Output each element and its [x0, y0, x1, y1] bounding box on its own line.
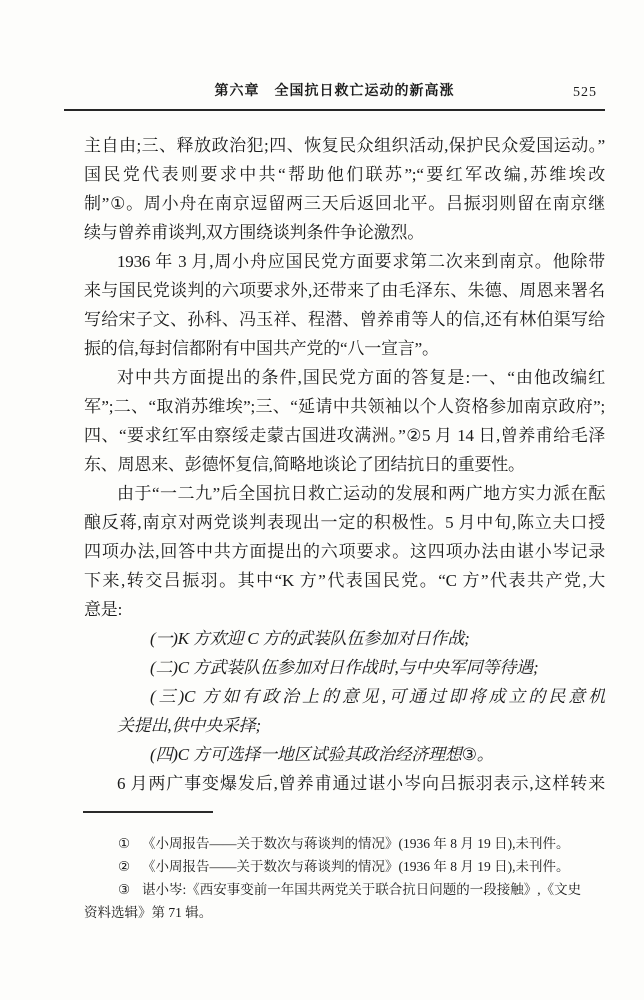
body-line: 6 月两广事变爆发后,曾养甫通过谌小岑向吕振羽表示,这样转来 — [84, 769, 605, 798]
footnote-continuation-line: 资料选辑》第 71 辑。 — [84, 901, 608, 924]
body-line: 1936 年 3 月,周小舟应国民党方面要求第二次来到南京。他除带 — [84, 247, 605, 276]
body-line: 酿反蒋,南京对两党谈判表现出一定的积极性。5 月中旬,陈立夫口授 — [84, 508, 605, 537]
body-line: 四、“要求红军由察绥走蒙古国进攻满洲。”②5 月 14 日,曾养甫给毛泽 — [84, 421, 605, 450]
body-line: 四项办法,回答中共方面提出的六项要求。这四项办法由谌小岑记录 — [84, 537, 605, 566]
footnote-text: 资料选辑》第 71 辑。 — [84, 905, 212, 920]
running-head-chapter-title: 第六章 全国抗日救亡运动的新高涨 — [64, 83, 605, 101]
body-line: 振的信,每封信都附有中国共产党的“八一宣言”。 — [84, 334, 605, 363]
footnote-line: ③谌小岑:《西安事变前一年国共两党关于联合抗日问题的一段接触》,《文史 — [84, 878, 608, 901]
body-line: (一)K 方欢迎 C 方的武装队伍参加对日作战; — [84, 624, 605, 653]
footnote-marker: ② — [118, 855, 142, 878]
body-line: 制”①。周小舟在南京逗留两三天后返回北平。吕振羽则留在南京继 — [84, 189, 605, 218]
footnote-separator-rule — [83, 811, 213, 813]
body-line: 主自由;三、释放政治犯;四、恢复民众组织活动,保护民众爱国运动。” — [84, 131, 605, 160]
footnote-text: 谌小岑:《西安事变前一年国共两党关于联合抗日问题的一段接触》,《文史 — [142, 882, 581, 897]
footnote-text: 《小周报告——关于数次与蒋谈判的情况》(1936 年 8 月 19 日),未刊件… — [142, 836, 570, 851]
footnote-marker: ① — [118, 832, 142, 855]
body-line: 国民党代表则要求中共“帮助他们联苏”;“要红军改编,苏维埃改 — [84, 160, 605, 189]
body-line: 写给宋子文、孙科、冯玉祥、程潜、曾养甫等人的信,还有林伯渠写给覃 — [84, 305, 605, 334]
header-rule — [64, 109, 605, 111]
body-line: (四)C 方可选择一地区试验其政治经济理想③。 — [84, 740, 605, 769]
footnote-text: 《小周报告——关于数次与蒋谈判的情况》(1936 年 8 月 19 日),未刊件… — [142, 859, 570, 874]
footnotes-block: ①《小周报告——关于数次与蒋谈判的情况》(1936 年 8 月 19 日),未刊… — [84, 832, 608, 924]
book-page-scan: 第六章 全国抗日救亡运动的新高涨 525 主自由;三、释放政治犯;四、恢复民众组… — [0, 0, 644, 1000]
body-line: 军”;二、“取消苏维埃”;三、“延请中共领袖以个人资格参加南京政府”; — [84, 392, 605, 421]
body-line: 意是: — [84, 595, 605, 624]
body-line: (三)C 方如有政治上的意见,可通过即将成立的民意机 — [84, 682, 605, 711]
page-number: 525 — [573, 85, 597, 101]
footnote-line: ①《小周报告——关于数次与蒋谈判的情况》(1936 年 8 月 19 日),未刊… — [84, 832, 608, 855]
body-line: 下来,转交吕振羽。其中“K 方”代表国民党。“C 方”代表共产党,大 — [84, 566, 605, 595]
body-line: 由于“一二九”后全国抗日救亡运动的发展和两广地方实力派在酝 — [84, 479, 605, 508]
footnote-line: ②《小周报告——关于数次与蒋谈判的情况》(1936 年 8 月 19 日),未刊… — [84, 855, 608, 878]
body-line: 来与国民党谈判的六项要求外,还带来了由毛泽东、朱德、周恩来署名 — [84, 276, 605, 305]
body-text-block: 主自由;三、释放政治犯;四、恢复民众组织活动,保护民众爱国运动。”国民党代表则要… — [84, 131, 605, 798]
footnote-marker: ③ — [118, 878, 142, 901]
body-line: 东、周恩来、彭德怀复信,简略地谈论了团结抗日的重要性。 — [84, 450, 605, 479]
body-line: 关提出,供中央采择; — [84, 711, 605, 740]
body-line: 续与曾养甫谈判,双方围绕谈判条件争论激烈。 — [84, 218, 605, 247]
body-line: 对中共方面提出的条件,国民党方面的答复是:一、“由他改编红 — [84, 363, 605, 392]
body-line: (二)C 方武装队伍参加对日作战时,与中央军同等待遇; — [84, 653, 605, 682]
